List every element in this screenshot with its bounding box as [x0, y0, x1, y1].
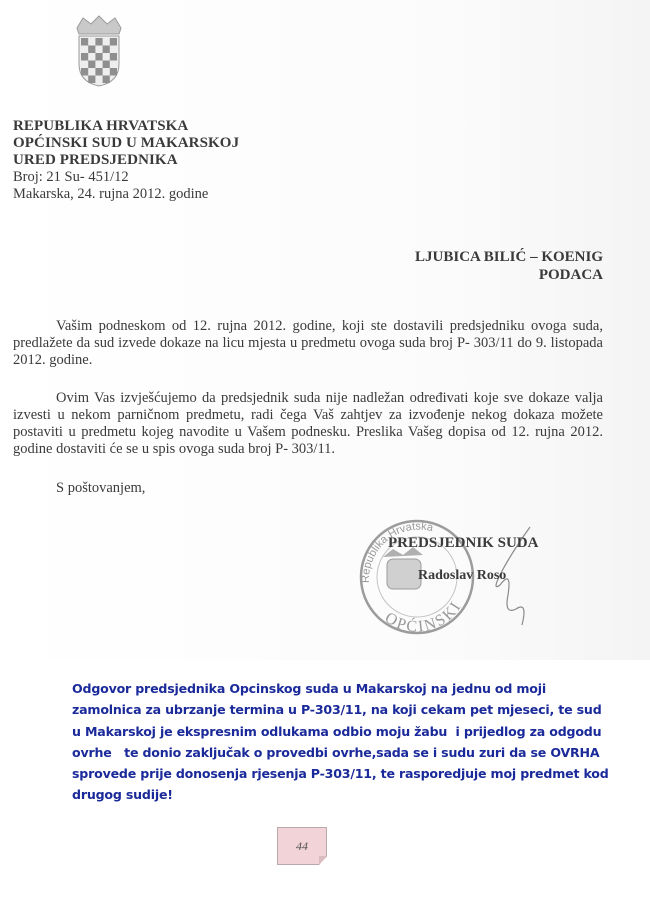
reference-number: Broj: 21 Su- 451/12 — [13, 169, 239, 186]
paragraph-1: Vašim podneskom od 12. rujna 2012. godin… — [13, 318, 603, 369]
recipient-place: PODACA — [415, 266, 603, 284]
header-line-1: REPUBLIKA HRVATSKA — [13, 118, 239, 135]
paragraph-1-text: Vašim podneskom od 12. rujna 2012. godin… — [13, 318, 603, 368]
annotation-note: Odgovor predsjednika Opcinskog suda u Ma… — [72, 678, 650, 806]
annotation-line: u Makarskoj je ekspresnim odlukama odbio… — [72, 721, 650, 742]
recipient-name: LJUBICA BILIĆ – KOENIG — [415, 248, 603, 266]
header-line-3: URED PREDSJEDNIKA — [13, 152, 239, 169]
recipient-block: LJUBICA BILIĆ – KOENIG PODACA — [415, 248, 603, 284]
coat-of-arms-icon — [73, 14, 125, 88]
court-header: REPUBLIKA HRVATSKA OPĆINSKI SUD U MAKARS… — [13, 118, 239, 203]
closing-salutation: S poštovanjem, — [56, 480, 145, 497]
scanned-letter: REPUBLIKA HRVATSKA OPĆINSKI SUD U MAKARS… — [0, 0, 650, 660]
signature-title: PREDSJEDNIK SUDA — [388, 535, 538, 552]
place-date: Makarska, 24. rujna 2012. godine — [13, 186, 239, 203]
annotation-line: ovrhe te donio zaključak o provedbi ovrh… — [72, 742, 650, 763]
signature-name: Radoslav Roso — [418, 568, 506, 584]
paragraph-2-text: Ovim Vas izvješćujemo da predsjednik sud… — [13, 390, 603, 457]
annotation-line: sprovede prije donosenja rjesenja P-303/… — [72, 763, 650, 784]
annotation-line: Odgovor predsjednika Opcinskog suda u Ma… — [72, 678, 650, 699]
paragraph-2: Ovim Vas izvješćujemo da predsjednik sud… — [13, 390, 603, 458]
header-line-2: OPĆINSKI SUD U MAKARSKOJ — [13, 135, 239, 152]
annotation-line: drugog sudije! — [72, 784, 650, 805]
annotation-line: zamolnica za ubrzanje termina u P-303/11… — [72, 699, 650, 720]
